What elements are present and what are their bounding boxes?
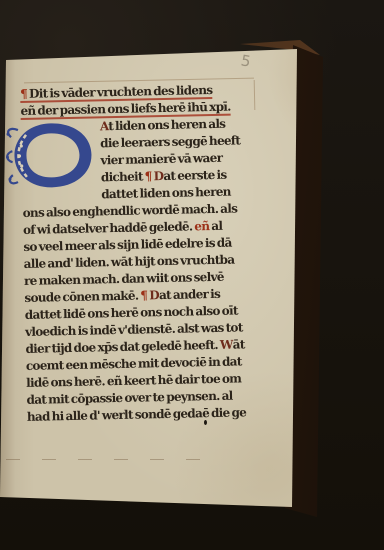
rubric-segment: ¶ bbox=[140, 288, 149, 302]
line-text: die leeraers seggē heeft bbox=[100, 133, 240, 150]
line-text: dat mit cōpassie over te peynsen. al bbox=[26, 389, 232, 407]
pencil-foliation-mark: 5 bbox=[240, 51, 253, 70]
rubric-segment: ¶ bbox=[145, 169, 154, 183]
line-text: dattet liden ons heren bbox=[101, 185, 231, 202]
manuscript-page: 5 ¶ Dit is vāder vruchten des lidenseñ d… bbox=[0, 0, 384, 550]
text-segment: of wi datselver haddē geledē. bbox=[23, 219, 195, 237]
text-segment: dat mit cōpassie over te peynsen. al bbox=[26, 389, 232, 407]
text-segment: eñ der passien ons liefs herē ihū xpī. bbox=[20, 100, 230, 118]
rubric-segment: eñ bbox=[194, 219, 209, 233]
text-segment: at eerste is bbox=[163, 168, 226, 183]
text-segment: had hi alle d' werlt sondē gedaē die ge bbox=[27, 405, 246, 424]
line-text: dicheit ¶ Dat eerste is bbox=[101, 168, 227, 185]
rubric-segment: ¶ bbox=[20, 87, 29, 101]
text-segment: vier manierē vā waer bbox=[100, 151, 222, 168]
text-segment: so veel meer als sijn lidē edelre is dā bbox=[23, 236, 231, 254]
text-segment: dattet liden ons heren bbox=[101, 185, 231, 202]
line-text: of wi datselver haddē geledē. eñ al bbox=[23, 219, 223, 237]
line-text: alle and' liden. wāt hijt ons vruchtba bbox=[24, 253, 235, 271]
ink-speck bbox=[204, 420, 207, 425]
line-text: so veel meer als sijn lidē edelre is dā bbox=[23, 236, 231, 254]
text-segment: t liden ons heren als bbox=[108, 117, 225, 133]
text-segment: W bbox=[220, 338, 233, 352]
text-segment: die leeraers seggē heeft bbox=[100, 133, 240, 150]
text-segment: at ander is bbox=[159, 287, 220, 302]
illuminated-initial-d-icon bbox=[4, 121, 97, 189]
text-segment: āt bbox=[233, 337, 245, 351]
text-segment: D bbox=[149, 288, 159, 302]
line-text: soude cōnen makē. ¶ Dat ander is bbox=[24, 287, 220, 305]
text-segment: re maken mach. dan wiit ons selvē bbox=[24, 270, 224, 288]
text-segment: alle and' liden. wāt hijt ons vruchtba bbox=[24, 253, 235, 271]
text-segment: soude cōnen makē. bbox=[24, 289, 140, 305]
text-segment: al bbox=[209, 219, 222, 233]
line-text: At liden ons heren als bbox=[100, 117, 226, 134]
line-text: re maken mach. dan wiit ons selvē bbox=[24, 270, 224, 288]
text-segment: dicheit bbox=[101, 169, 145, 184]
photo-backdrop: 5 ¶ Dit is vāder vruchten des lidenseñ d… bbox=[0, 0, 384, 550]
text-segment: Dit is vāder vruchten des lidens bbox=[29, 83, 213, 101]
ruling-line-bottom bbox=[6, 459, 218, 460]
line-text: vier manierē vā waer bbox=[100, 151, 222, 168]
text-segment: dier tijd doe xp̄s dat geledē heeft. bbox=[25, 338, 220, 356]
text-block: ¶ Dit is vāder vruchten des lidenseñ der… bbox=[20, 81, 271, 426]
line-text: had hi alle d' werlt sondē gedaē die ge bbox=[27, 405, 246, 424]
